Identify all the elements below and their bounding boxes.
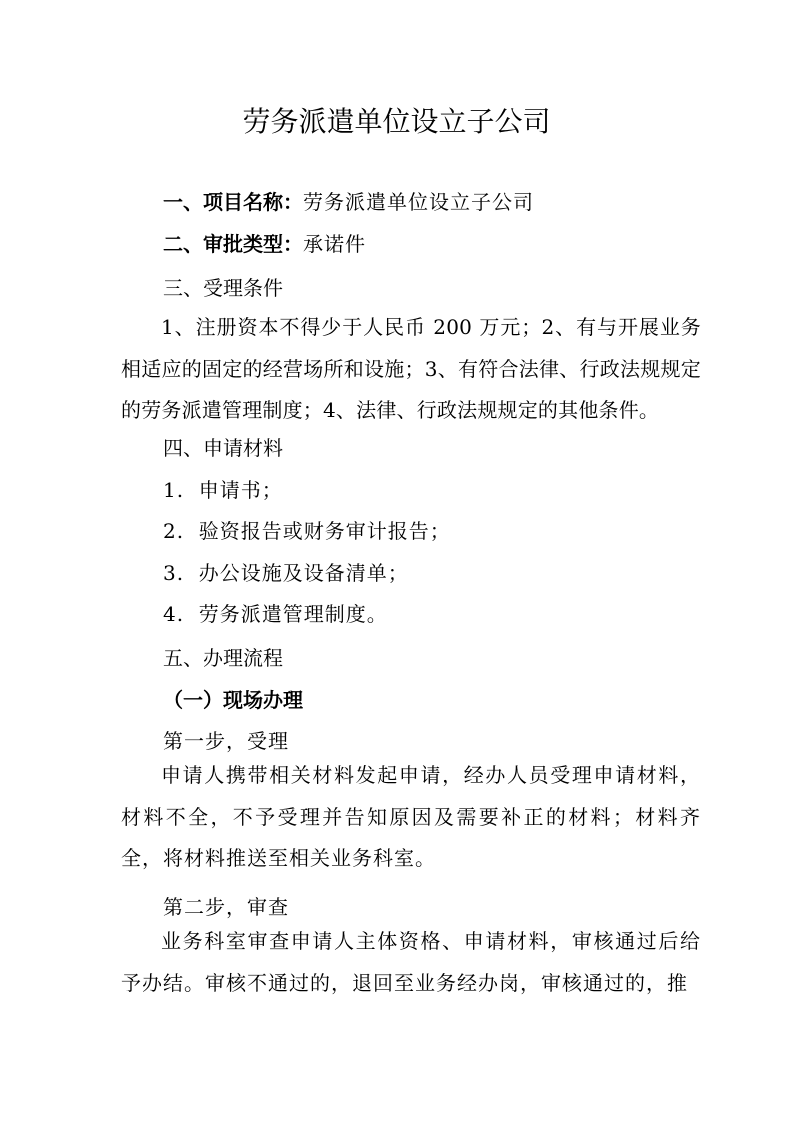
project-name-label: 一、项目名称： bbox=[163, 190, 303, 214]
step-title: 第二步，审查 bbox=[163, 891, 289, 920]
material-item: 2. 验资报告或财务审计报告； bbox=[163, 515, 451, 544]
material-item: 3. 办公设施及设备清单； bbox=[163, 557, 409, 586]
project-name-value: 劳务派遣单位设立子公司 bbox=[303, 190, 534, 214]
process-subheading: （一）现场办理 bbox=[163, 684, 303, 713]
step-text: 申请人携带相关材料发起申请，经办人员受理申请材料，材料不全，不予受理并告知原因及… bbox=[121, 755, 701, 880]
materials-heading: 四、申请材料 bbox=[163, 432, 283, 461]
material-item: 4. 劳务派遣管理制度。 bbox=[163, 598, 388, 627]
document-title: 劳务派遣单位设立子公司 bbox=[0, 100, 793, 140]
approval-type-row: 二、审批类型：承诺件 bbox=[163, 228, 366, 257]
approval-type-value: 承诺件 bbox=[303, 232, 366, 256]
project-name-row: 一、项目名称：劳务派遣单位设立子公司 bbox=[163, 186, 534, 215]
material-item: 1. 申请书； bbox=[163, 474, 283, 503]
document-page: 劳务派遣单位设立子公司 一、项目名称：劳务派遣单位设立子公司 二、审批类型：承诺… bbox=[0, 0, 793, 1122]
process-heading: 五、办理流程 bbox=[163, 642, 283, 671]
step-text: 业务科室审查申请人主体资格、申请材料，审核通过后给予办结。审核不通过的，退回至业… bbox=[121, 921, 701, 1004]
step-title: 第一步，受理 bbox=[163, 725, 289, 754]
approval-type-label: 二、审批类型： bbox=[163, 232, 303, 256]
conditions-heading: 三、受理条件 bbox=[163, 272, 283, 301]
conditions-text: 1、注册资本不得少于人民币 200 万元；2、有与开展业务相适应的固定的经营场所… bbox=[121, 307, 701, 432]
